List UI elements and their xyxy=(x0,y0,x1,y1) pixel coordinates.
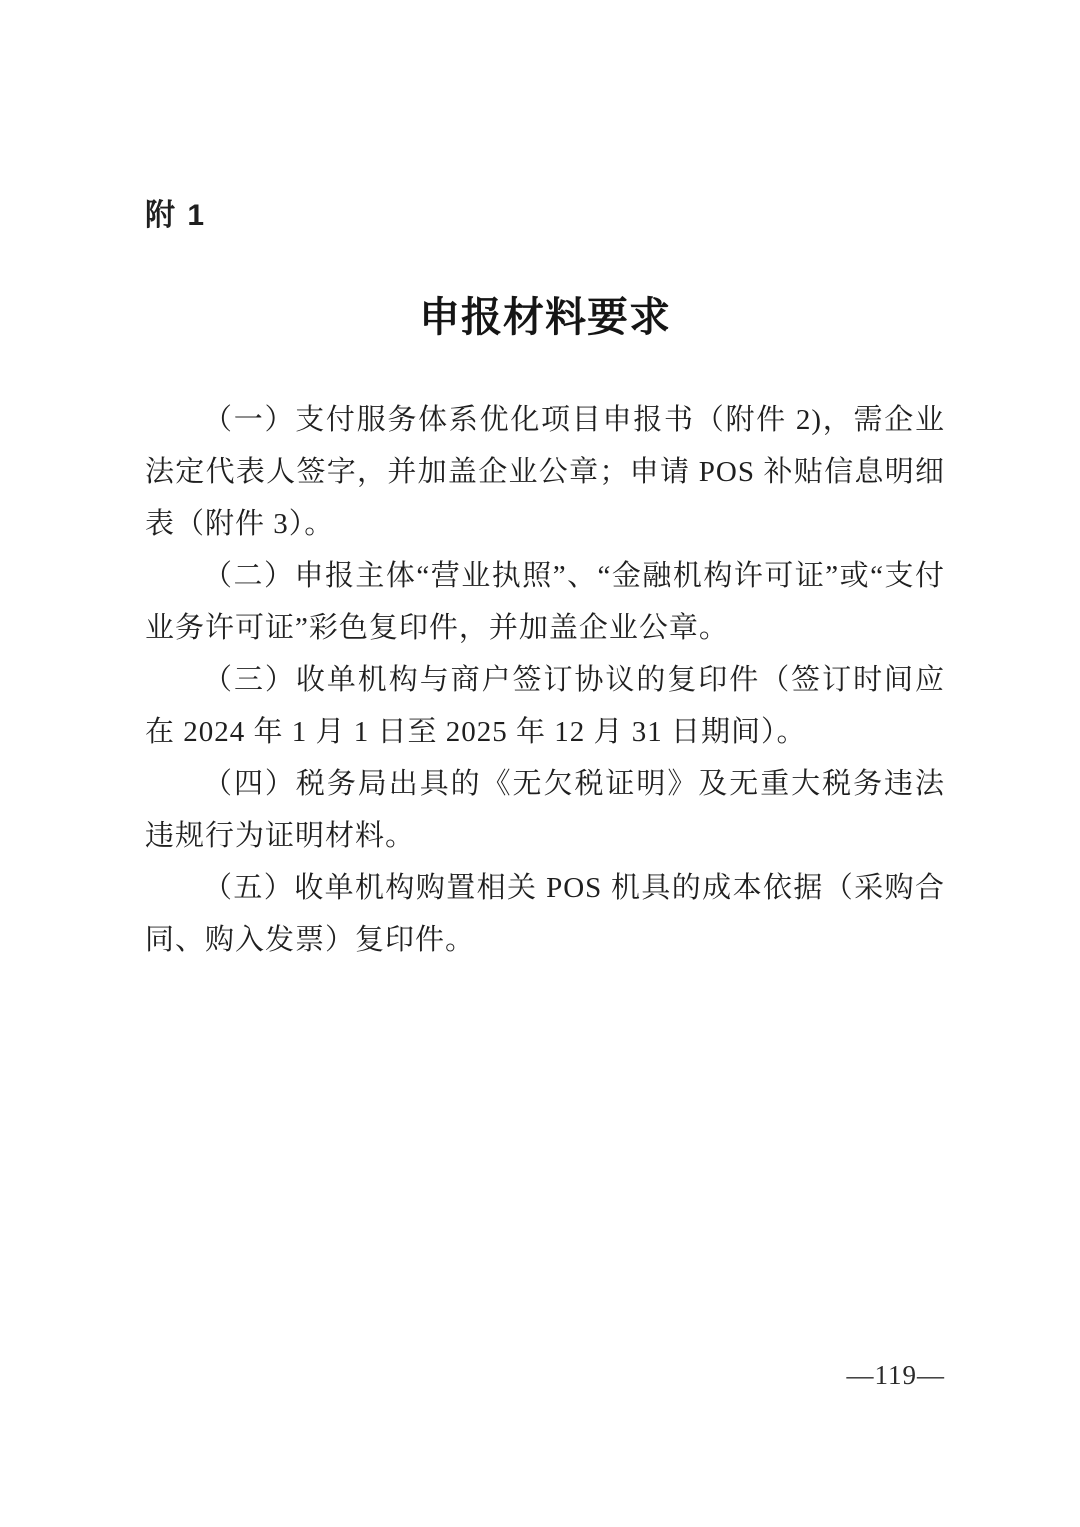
document-page: 附 1 申报材料要求 （一）支付服务体系优化项目申报书（附件 2)，需企业法定代… xyxy=(0,0,1080,1527)
paragraph-item-3: （三）收单机构与商户签订协议的复印件（签订时间应在 2024 年 1 月 1 日… xyxy=(145,654,945,758)
paragraph-item-2: （二）申报主体“营业执照”、“金融机构许可证”或“支付业务许可证”彩色复印件，并… xyxy=(145,550,945,654)
paragraph-item-1: （一）支付服务体系优化项目申报书（附件 2)，需企业法定代表人签字，并加盖企业公… xyxy=(145,394,945,550)
document-body: （一）支付服务体系优化项目申报书（附件 2)，需企业法定代表人签字，并加盖企业公… xyxy=(145,394,945,966)
paragraph-item-4: （四）税务局出具的《无欠税证明》及无重大税务违法违规行为证明材料。 xyxy=(145,758,945,862)
document-title: 申报材料要求 xyxy=(145,292,945,342)
attachment-label: 附 1 xyxy=(145,197,206,235)
paragraph-item-5: （五）收单机构购置相关 POS 机具的成本依据（采购合同、购入发票）复印件。 xyxy=(145,862,945,966)
page-number: —119— xyxy=(847,1358,946,1392)
